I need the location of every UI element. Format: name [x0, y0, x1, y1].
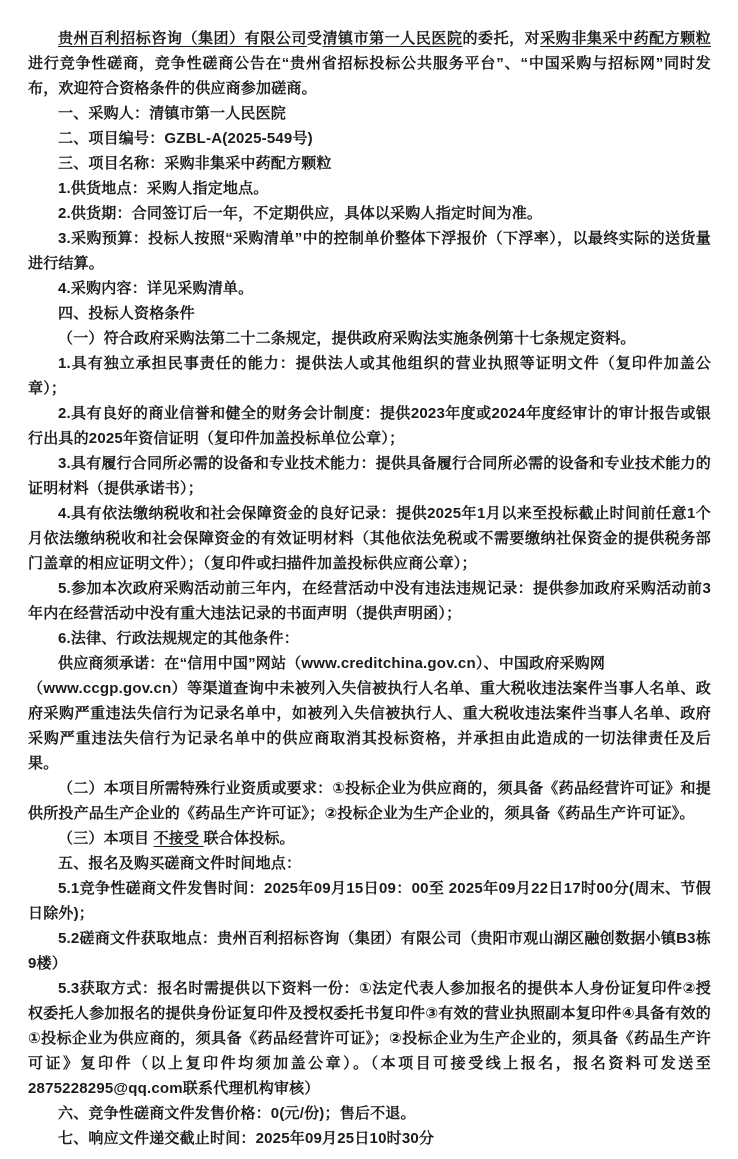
para-qualification-intro: （一）符合政府采购法第二十二条规定，提供政府采购法实施条例第十七条规定资料。 [28, 326, 711, 351]
para-joint-bid-clause: （三）本项目 不接受 联合体投标。 [28, 826, 711, 851]
para-qualification-2: 2.具有良好的商业信誉和健全的财务会计制度：提供2023年度或2024年度经审计… [28, 401, 711, 451]
intro-connector-1: 受 [307, 30, 323, 47]
project-name-underlined: 采购非集采中药配方颗粒 [540, 30, 711, 47]
para-budget: 3.采购预算：投标人按照“采购清单”中的控制单价整体下浮报价（下浮率），以最终实… [28, 226, 711, 276]
heading-bidder-qualification: 四、投标人资格条件 [28, 301, 711, 326]
para-qualification-6: 6.法律、行政法规规定的其他条件： [28, 626, 711, 651]
intro-rest: 进行竞争性磋商，竞争性磋商公告在“贵州省招标投标公共服务平台”、“中国采购与招标… [28, 55, 711, 97]
para-document-obtain-location: 5.2磋商文件获取地点：贵州百利招标咨询（集团）有限公司（贵阳市观山湖区融创数据… [28, 926, 711, 976]
para-credit-pledge-line2: （www.ccgp.gov.cn）等渠道查询中未被列入失信被执行人名单、重大税收… [28, 676, 711, 776]
para-credit-pledge-line1: 供应商须承诺：在“信用中国”网站（www.creditchina.gov.cn）… [28, 651, 711, 676]
agency-name: 贵州百利招标咨询（集团）有限公司 [58, 30, 307, 47]
joint-bid-not-accept: 不接受 [154, 830, 204, 847]
joint-bid-prefix: （三）本项目 [58, 830, 154, 847]
para-purchaser: 一、采购人：清镇市第一人民医院 [28, 101, 711, 126]
document-page: 贵州百利招标咨询（集团）有限公司受清镇市第一人民医院的委托，对采购非集采中药配方… [0, 0, 738, 1159]
intro-paragraph: 贵州百利招标咨询（集团）有限公司受清镇市第一人民医院的委托，对采购非集采中药配方… [28, 26, 711, 101]
para-document-sale-time: 5.1竞争性磋商文件发售时间：2025年09月15日09：00至 2025年09… [28, 876, 711, 926]
heading-registration-time-place: 五、报名及购买磋商文件时间地点： [28, 851, 711, 876]
para-procurement-content: 4.采购内容：详见采购清单。 [28, 276, 711, 301]
para-project-number: 二、项目编号：GZBL-A(2025-549号) [28, 126, 711, 151]
para-qualification-3: 3.具有履行合同所必需的设备和专业技术能力：提供具备履行合同所必需的设备和专业技… [28, 451, 711, 501]
para-qualification-4: 4.具有依法缴纳税收和社会保障资金的良好记录：提供2025年1月以来至投标截止时… [28, 501, 711, 576]
joint-bid-suffix: 联合体投标。 [204, 830, 295, 847]
para-delivery-period: 2.供货期：合同签订后一年，不定期供应，具体以采购人指定时间为准。 [28, 201, 711, 226]
para-qualification-1: 1.具有独立承担民事责任的能力：提供法人或其他组织的营业执照等证明文件（复印件加… [28, 351, 711, 401]
para-special-industry-qualification: （二）本项目所需特殊行业资质或要求：①投标企业为供应商的，须具备《药品经营许可证… [28, 776, 711, 826]
para-project-name: 三、项目名称：采购非集采中药配方颗粒 [28, 151, 711, 176]
para-document-sale-price: 六、竞争性磋商文件发售价格：0(元/份)；售后不退。 [28, 1101, 711, 1126]
para-delivery-location: 1.供货地点：采购人指定地点。 [28, 176, 711, 201]
intro-connector-2: 的委托，对 [462, 30, 540, 47]
para-obtain-method: 5.3获取方式：报名时需提供以下资料一份：①法定代表人参加报名的提供本人身份证复… [28, 976, 711, 1101]
purchaser-name: 清镇市第一人民医院 [322, 30, 462, 47]
para-qualification-5: 5.参加本次政府采购活动前三年内，在经营活动中没有违法违规记录：提供参加政府采购… [28, 576, 711, 626]
para-submission-deadline: 七、响应文件递交截止时间：2025年09月25日10时30分 [28, 1126, 711, 1151]
